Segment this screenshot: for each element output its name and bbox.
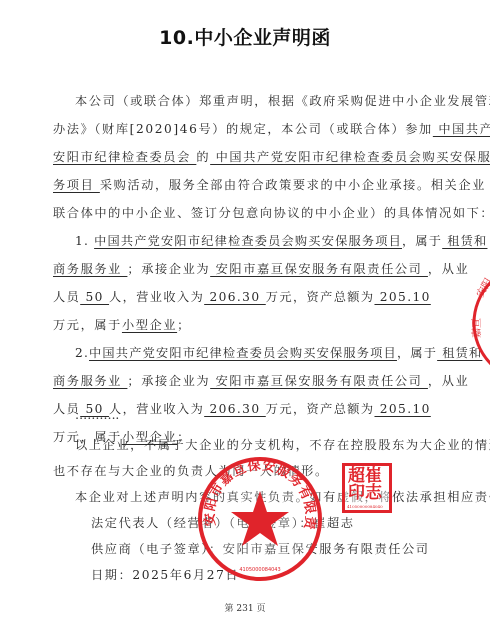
purchaser-name: 安阳市纪律检查委员会 [53, 150, 196, 164]
item-project: 中国共产党安阳市纪律检查委员会购买安保服务项目 [89, 346, 397, 360]
item-number: 1. [75, 234, 89, 248]
label: 人，营业收入为 [109, 402, 204, 416]
project-name: 务项目 [53, 178, 100, 192]
label: ；承接企业为 [127, 262, 210, 276]
edge-seal-icon: 安阳 嘉亘 [470, 258, 490, 388]
svg-text:4105000084043: 4105000084043 [239, 567, 280, 573]
item-1-line-3: 人员 50 人，营业收入为 206.30 万元，资产总额为 205.10 [53, 288, 431, 305]
page-number: 第 231 页 [0, 601, 490, 614]
seal-code: 41050000084040 [347, 504, 383, 509]
item-1-line-4: 万元，属于小型企业； [53, 316, 191, 333]
item-revenue: 206.30 [204, 402, 266, 416]
statement-line-1: 以上企业，不属于大企业的分支机构，不存在控股股东为大企业的情形， [75, 436, 490, 453]
item-industry: 商务服务业 [53, 262, 127, 276]
intro-line-4: 务项目 采购活动，服务全部由符合政策要求的中小企业承接。相关企业（含 [53, 176, 490, 193]
personal-seal-icon: 超崔 印志 41050000084040 [342, 463, 392, 513]
seal-characters: 超崔 印志 [348, 468, 382, 502]
label: ；承接企业为 [127, 374, 210, 388]
label: 日期： [91, 568, 132, 582]
label: ； [177, 318, 191, 332]
item-1-line-1: 1. 中国共产党安阳市纪律检查委员会购买安保服务项目，属于 租赁和 [75, 232, 487, 249]
intro-text: 本公司（或联合体）郑重声明，根据《政府采购促进中小企业发展管理 [75, 94, 490, 108]
document-title: 10.中小企业声明函 [0, 23, 490, 50]
item-2-line-2: 商务服务业 ；承接企业为 安阳市嘉亘保安服务有限责任公司 ，从业 [53, 372, 469, 389]
item-number: 2. [75, 346, 89, 360]
seal-char: 志 [365, 483, 382, 503]
label: ，属于 [397, 346, 437, 360]
label: 万元，资产总额为 [266, 290, 375, 304]
item-industry: 商务服务业 [53, 374, 127, 388]
ellipsis: ……….. [75, 408, 119, 422]
item-project: 中国共产党安阳市纪律检查委员会购买安保服务项目 [94, 234, 402, 248]
item-contractor: 安阳市嘉亘保安服务有限责任公司 [210, 262, 428, 276]
item-2-line-1: 2.中国共产党安阳市纪律检查委员会购买安保服务项目，属于 租赁和 [75, 344, 482, 361]
label: 人，营业收入为 [109, 290, 204, 304]
item-contractor: 安阳市嘉亘保安服务有限责任公司 [210, 374, 428, 388]
intro-text: 的 [196, 150, 210, 164]
item-1-line-2: 商务服务业 ；承接企业为 安阳市嘉亘保安服务有限责任公司 ，从业 [53, 260, 469, 277]
seal-char: 印 [348, 483, 365, 503]
intro-text: 办法》（财库[2020]46号）的规定，本公司（或联合体）参加 [53, 122, 433, 136]
item-assets: 205.10 [374, 402, 430, 416]
item-assets: 205.10 [374, 290, 430, 304]
intro-line-1: 本公司（或联合体）郑重声明，根据《政府采购促进中小企业发展管理 [75, 92, 490, 109]
label: ，从业 [428, 262, 469, 276]
svg-text:安阳: 安阳 [473, 276, 490, 300]
intro-text: 采购活动，服务全部由符合政策要求的中小企业承接。相关企业（含 [100, 178, 490, 192]
label: ，属于 [402, 234, 442, 248]
item-employees: 50 [80, 290, 109, 304]
company-seal-icon: 安阳市嘉亘保安服务有限责任公司 4105000084043 [196, 455, 324, 583]
svg-text:嘉亘: 嘉亘 [470, 318, 483, 338]
intro-line-5: 联合体中的中小企业、签订分包意向协议的中小企业）的具体情况如下： [53, 204, 490, 221]
project-name: 中国共产党安阳市纪律检查委员会购买安保服 [210, 150, 490, 164]
intro-line-2: 办法》（财库[2020]46号）的规定，本公司（或联合体）参加 中国共产党 [53, 120, 490, 137]
item-industry: 租赁和 [442, 234, 487, 248]
item-size: 小型企业 [122, 318, 177, 332]
purchaser-name: 中国共产党 [433, 122, 490, 136]
item-revenue: 206.30 [204, 290, 266, 304]
label: ，从业 [428, 374, 469, 388]
label: 万元，资产总额为 [266, 402, 375, 416]
label: 人员 [53, 290, 80, 304]
intro-line-3: 安阳市纪律检查委员会 的 中国共产党安阳市纪律检查委员会购买安保服 [53, 148, 490, 165]
label: 万元，属于 [53, 318, 122, 332]
intro-text: 联合体中的中小企业、签订分包意向协议的中小企业）的具体情况如下： [53, 206, 490, 220]
